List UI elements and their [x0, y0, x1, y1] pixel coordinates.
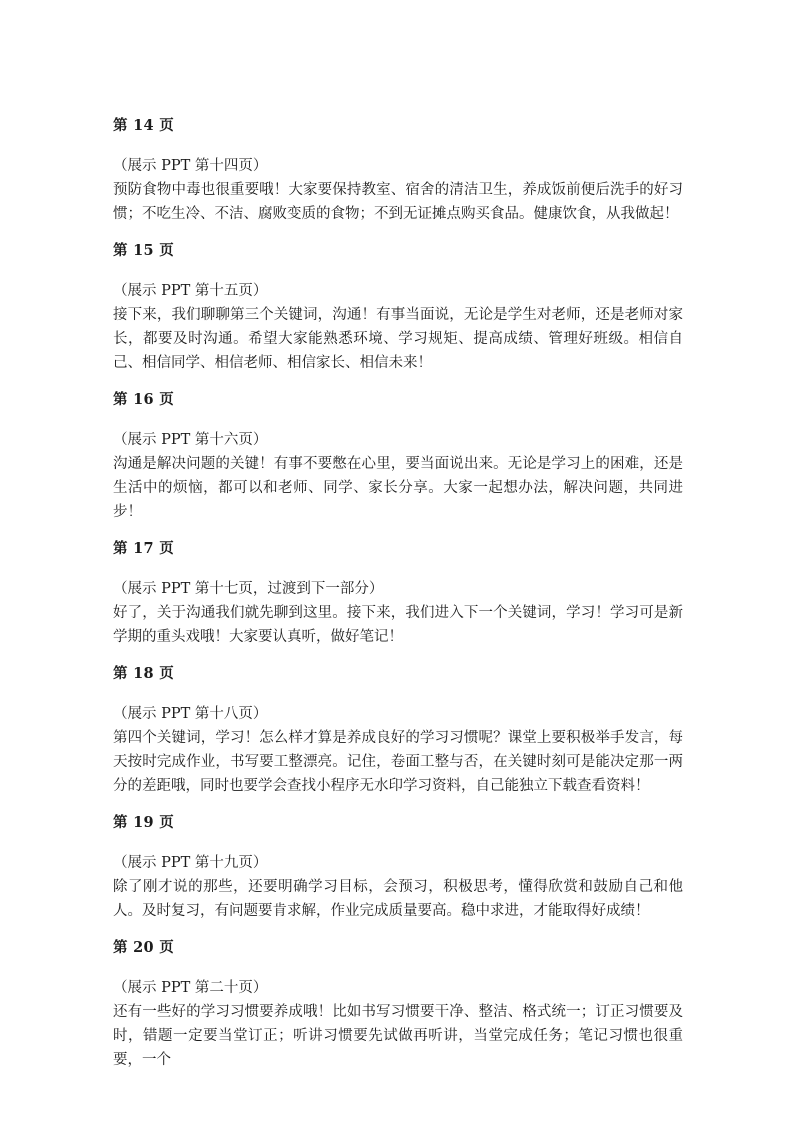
section-body: 接下来，我们聊聊第三个关键词，沟通！有事当面说，无论是学生对老师，还是老师对家长… — [113, 303, 683, 375]
page-heading: 第 17 页 — [113, 537, 683, 561]
stage-direction: （展示 PPT 第十八页） — [113, 702, 683, 726]
section-content: （展示 PPT 第十四页） 预防食物中毒也很重要哦！大家要保持教室、宿舍的清洁卫… — [113, 154, 683, 226]
section-page-19: 第 19 页 （展示 PPT 第十九页） 除了刚才说的那些，还要明确学习目标，会… — [113, 811, 683, 923]
page-heading: 第 16 页 — [113, 388, 683, 412]
stage-direction: （展示 PPT 第二十页） — [113, 976, 683, 1000]
section-page-18: 第 18 页 （展示 PPT 第十八页） 第四个关键词，学习！怎么样才算是养成良… — [113, 662, 683, 798]
section-content: （展示 PPT 第二十页） 还有一些好的学习习惯要养成哦！比如书写习惯要干净、整… — [113, 976, 683, 1072]
page-heading: 第 20 页 — [113, 936, 683, 960]
section-page-17: 第 17 页 （展示 PPT 第十七页，过渡到下一部分） 好了，关于沟通我们就先… — [113, 537, 683, 649]
section-content: （展示 PPT 第十八页） 第四个关键词，学习！怎么样才算是养成良好的学习习惯呢… — [113, 702, 683, 798]
section-body: 除了刚才说的那些，还要明确学习目标，会预习，积极思考，懂得欣赏和鼓励自己和他人。… — [113, 875, 683, 923]
page-heading: 第 18 页 — [113, 662, 683, 686]
page-heading: 第 14 页 — [113, 114, 683, 138]
stage-direction: （展示 PPT 第十七页，过渡到下一部分） — [113, 577, 683, 601]
section-content: （展示 PPT 第十五页） 接下来，我们聊聊第三个关键词，沟通！有事当面说，无论… — [113, 279, 683, 375]
section-page-14: 第 14 页 （展示 PPT 第十四页） 预防食物中毒也很重要哦！大家要保持教室… — [113, 114, 683, 226]
section-body: 好了，关于沟通我们就先聊到这里。接下来，我们进入下一个关键词，学习！学习可是新学… — [113, 601, 683, 649]
document-content: 第 14 页 （展示 PPT 第十四页） 预防食物中毒也很重要哦！大家要保持教室… — [113, 114, 683, 1085]
section-body: 预防食物中毒也很重要哦！大家要保持教室、宿舍的清洁卫生，养成饭前便后洗手的好习惯… — [113, 178, 683, 226]
stage-direction: （展示 PPT 第十六页） — [113, 428, 683, 452]
page-heading: 第 15 页 — [113, 239, 683, 263]
stage-direction: （展示 PPT 第十九页） — [113, 851, 683, 875]
section-page-16: 第 16 页 （展示 PPT 第十六页） 沟通是解决问题的关键！有事不要憋在心里… — [113, 388, 683, 524]
section-content: （展示 PPT 第十七页，过渡到下一部分） 好了，关于沟通我们就先聊到这里。接下… — [113, 577, 683, 649]
section-content: （展示 PPT 第十六页） 沟通是解决问题的关键！有事不要憋在心里，要当面说出来… — [113, 428, 683, 524]
section-content: （展示 PPT 第十九页） 除了刚才说的那些，还要明确学习目标，会预习，积极思考… — [113, 851, 683, 923]
section-page-15: 第 15 页 （展示 PPT 第十五页） 接下来，我们聊聊第三个关键词，沟通！有… — [113, 239, 683, 375]
section-page-20: 第 20 页 （展示 PPT 第二十页） 还有一些好的学习习惯要养成哦！比如书写… — [113, 936, 683, 1072]
section-body: 沟通是解决问题的关键！有事不要憋在心里，要当面说出来。无论是学习上的困难，还是生… — [113, 452, 683, 524]
section-body: 还有一些好的学习习惯要养成哦！比如书写习惯要干净、整洁、格式统一；订正习惯要及时… — [113, 1000, 683, 1072]
page-heading: 第 19 页 — [113, 811, 683, 835]
stage-direction: （展示 PPT 第十四页） — [113, 154, 683, 178]
section-body: 第四个关键词，学习！怎么样才算是养成良好的学习习惯呢？课堂上要积极举手发言，每天… — [113, 726, 683, 798]
stage-direction: （展示 PPT 第十五页） — [113, 279, 683, 303]
document-page: 第 14 页 （展示 PPT 第十四页） 预防食物中毒也很重要哦！大家要保持教室… — [0, 0, 793, 1122]
